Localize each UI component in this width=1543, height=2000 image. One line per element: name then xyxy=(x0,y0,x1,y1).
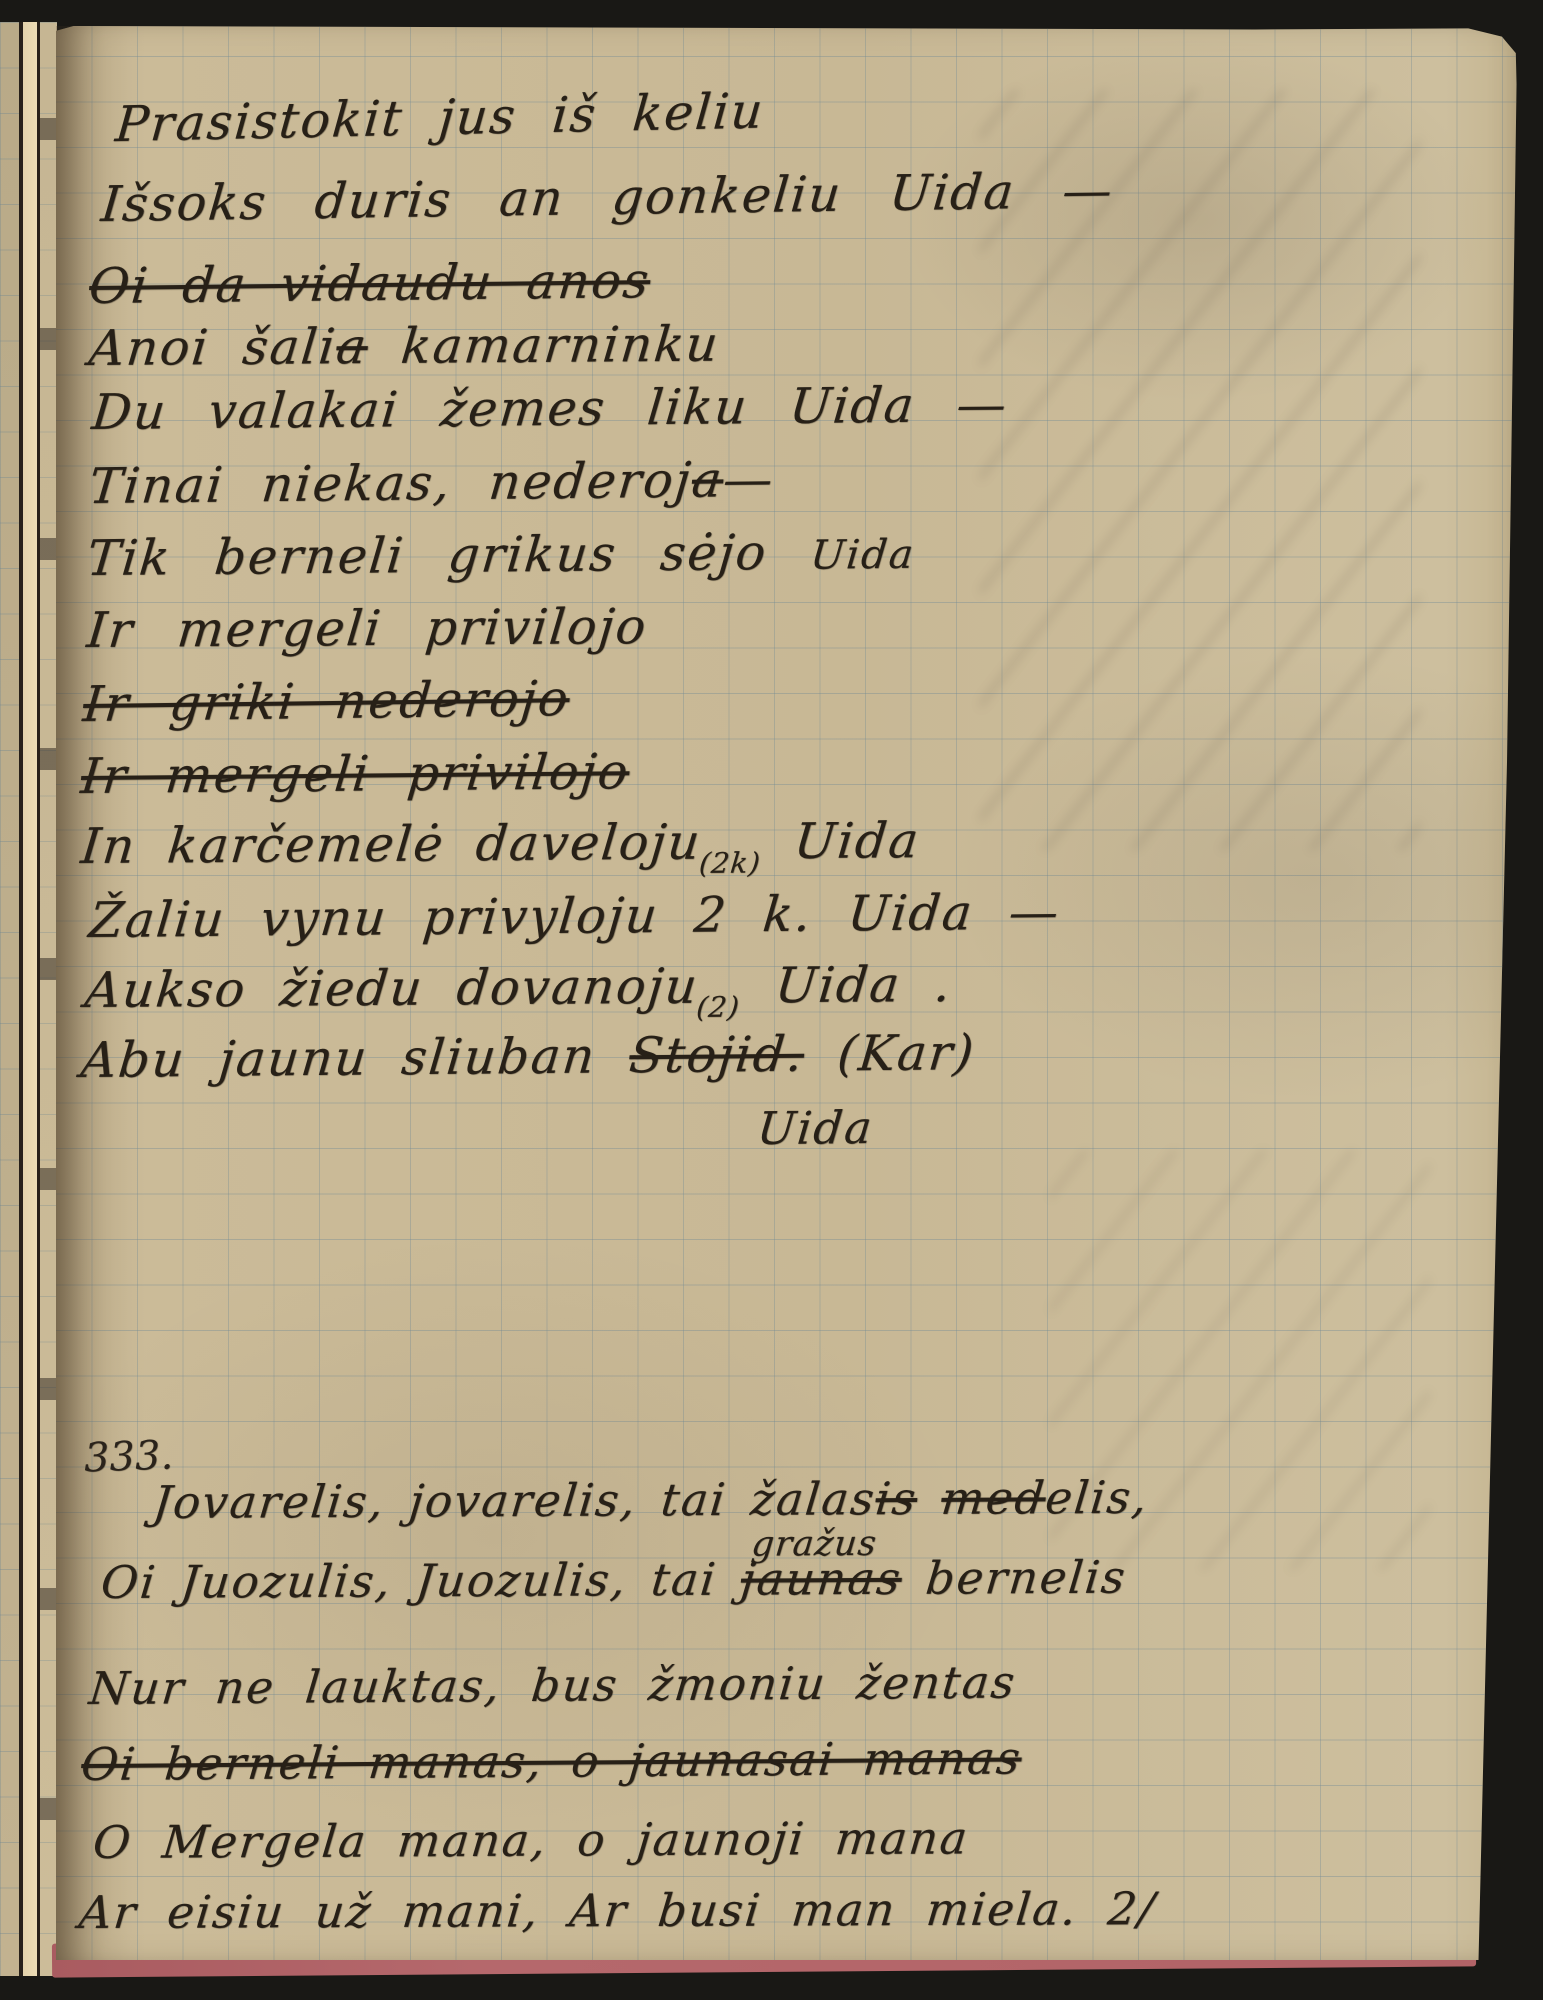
hand-text: Žaliu vynu privyloju 2 k. Uida — xyxy=(87,884,1063,950)
hand-text: kamarninku xyxy=(365,316,722,375)
page-edge-strip xyxy=(0,22,19,1976)
hand-text: Anoi šali xyxy=(86,318,339,377)
struck-text: Oi berneli manas, o jaunasai manas xyxy=(79,1731,1024,1791)
hand-text: O Mergela mana, o jaunoji mana xyxy=(91,1811,972,1869)
handwritten-line: Oi da vidaudu anos xyxy=(87,252,653,315)
hand-text: In karčemelė daveloju xyxy=(78,814,704,875)
manuscript-scan: 333. Prasistokit jus iš keliuIšsoks duri… xyxy=(0,0,1543,2000)
handwritten-line: Nur ne lauktas, bus žmoniu žentas xyxy=(87,1656,1019,1716)
song-number: 333. xyxy=(83,1432,174,1481)
hand-text: Abu jaunu sliuban xyxy=(79,1027,633,1089)
handwritten-line: Ir mergeli privilojo xyxy=(84,598,650,659)
handwritten-line: Aukso žiedu dovanoju(2) Uida . xyxy=(82,956,955,1028)
hand-text: — xyxy=(721,451,777,509)
hand-text: bernelis xyxy=(899,1551,1129,1605)
handwritten-line: Žaliu vynu privyloju 2 k. Uida — xyxy=(87,884,1063,950)
hand-text: (2) xyxy=(695,991,741,1024)
page-edge-strip xyxy=(40,22,57,1976)
handwritten-line: Ar eisiu už mani, Ar busi man miela. 2/ xyxy=(77,1882,1159,1939)
page-edge-strip xyxy=(23,22,37,1976)
handwritten-line: Jovarelis, jovarelis, tai žalasis medeli… xyxy=(151,1471,1151,1529)
struck-text: Oi da vidaudu anos xyxy=(87,252,653,315)
handwritten-line: O Mergela mana, o jaunoji mana xyxy=(91,1811,972,1869)
hand-text: Oi Juozulis, Juozulis, tai xyxy=(99,1553,744,1609)
handwritten-line: Anoi šalia kamarninku xyxy=(86,316,722,377)
hand-text: elis, xyxy=(1043,1471,1151,1525)
struck-text: Ir mergeli privilojo xyxy=(79,743,633,805)
handwritten-line: Abu jaunu sliuban Stojid. (Kar) xyxy=(79,1024,978,1089)
hand-text: Ir mergeli privilojo xyxy=(84,598,650,659)
hand-text: Uida xyxy=(808,532,917,579)
struck-text: Ir griki nederojo xyxy=(81,670,573,733)
hand-text: Tik berneli grikus sėjo xyxy=(85,524,814,587)
hand-text: Uida . xyxy=(739,956,955,1015)
handwritten-line: Ir griki nederojo xyxy=(81,670,573,733)
hand-text: (Kar) xyxy=(801,1024,978,1083)
handwritten-line: Oi Juozulis, Juozulis, tai gražusjaunas … xyxy=(99,1551,1129,1609)
handwritten-line: Tinai niekas, nederoja— xyxy=(87,451,777,515)
handwritten-line: Ir mergeli privilojo xyxy=(79,743,633,805)
struck-text: Stojid. xyxy=(627,1026,807,1085)
hand-text: Du valakai žemes liku Uida — xyxy=(90,376,1011,441)
hand-text: Nur ne lauktas, bus žmoniu žentas xyxy=(87,1656,1019,1716)
handwritten-line: In karčemelė daveloju(2k) Uida xyxy=(78,812,923,884)
hand-text: (2k) xyxy=(698,846,763,879)
struck-text: med xyxy=(939,1471,1048,1525)
hand-text: Ar eisiu už mani, Ar busi man miela. 2/ xyxy=(77,1882,1159,1939)
struck-text: is xyxy=(873,1472,920,1525)
hand-text: Uida xyxy=(760,812,923,870)
handwritten-line: Du valakai žemes liku Uida — xyxy=(90,376,1011,441)
handwritten-line: Oi berneli manas, o jaunasai manas xyxy=(79,1731,1024,1791)
hand-text: Jovarelis, jovarelis, tai žalas xyxy=(151,1472,879,1529)
hand-text: Tinai niekas, nederoj xyxy=(87,452,695,515)
hand-text: Uida xyxy=(755,1101,876,1155)
hand-text: Aukso žiedu dovanoju xyxy=(82,958,701,1019)
handwritten-line: Tik berneli grikus sėjo Uida xyxy=(85,523,919,587)
inserted-correction: gražus xyxy=(750,1523,879,1565)
handwritten-line: Uida xyxy=(755,1101,876,1155)
